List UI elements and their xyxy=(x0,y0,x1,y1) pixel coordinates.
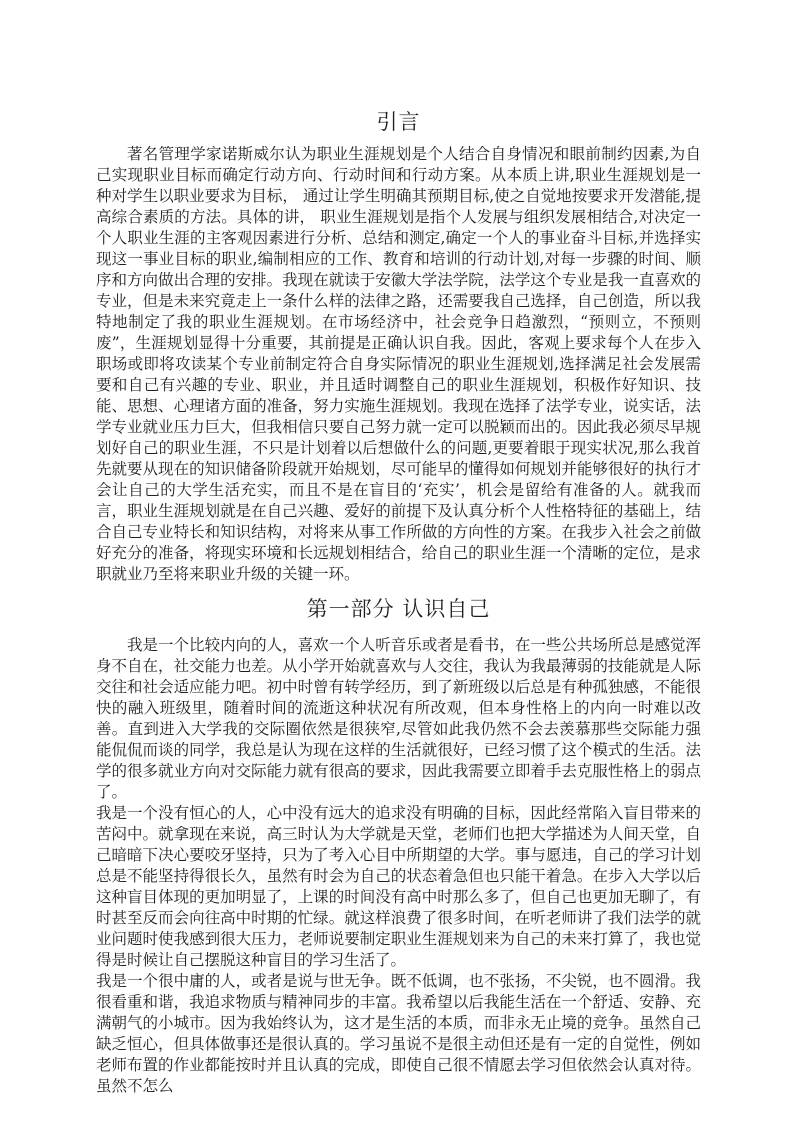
paragraph-moderate-person: 我是一个很中庸的人，或者是说与世无争。既不低调，也不张扬，不尖锐，也不圆滑。我很… xyxy=(96,971,701,1097)
paragraph-personality-introvert: 我是一个比较内向的人，喜欢一个人听音乐或者是看书，在一些公共场所总是感觉浑身不自… xyxy=(96,635,701,803)
intro-heading: 引言 xyxy=(96,108,701,136)
document-page: 引言 著名管理学家诺斯威尔认为职业生涯规划是个人结合自身情况和眼前制约因素,为自… xyxy=(0,0,793,1122)
part1-heading: 第一部分 认识自己 xyxy=(96,595,701,623)
intro-paragraph: 著名管理学家诺斯威尔认为职业生涯规划是个人结合自身情况和眼前制约因素,为自己实现… xyxy=(96,144,701,585)
paragraph-lack-of-perseverance: 我是一个没有恒心的人，心中没有远大的追求没有明确的目标，因此经常陷入盲目带来的苦… xyxy=(96,803,701,971)
